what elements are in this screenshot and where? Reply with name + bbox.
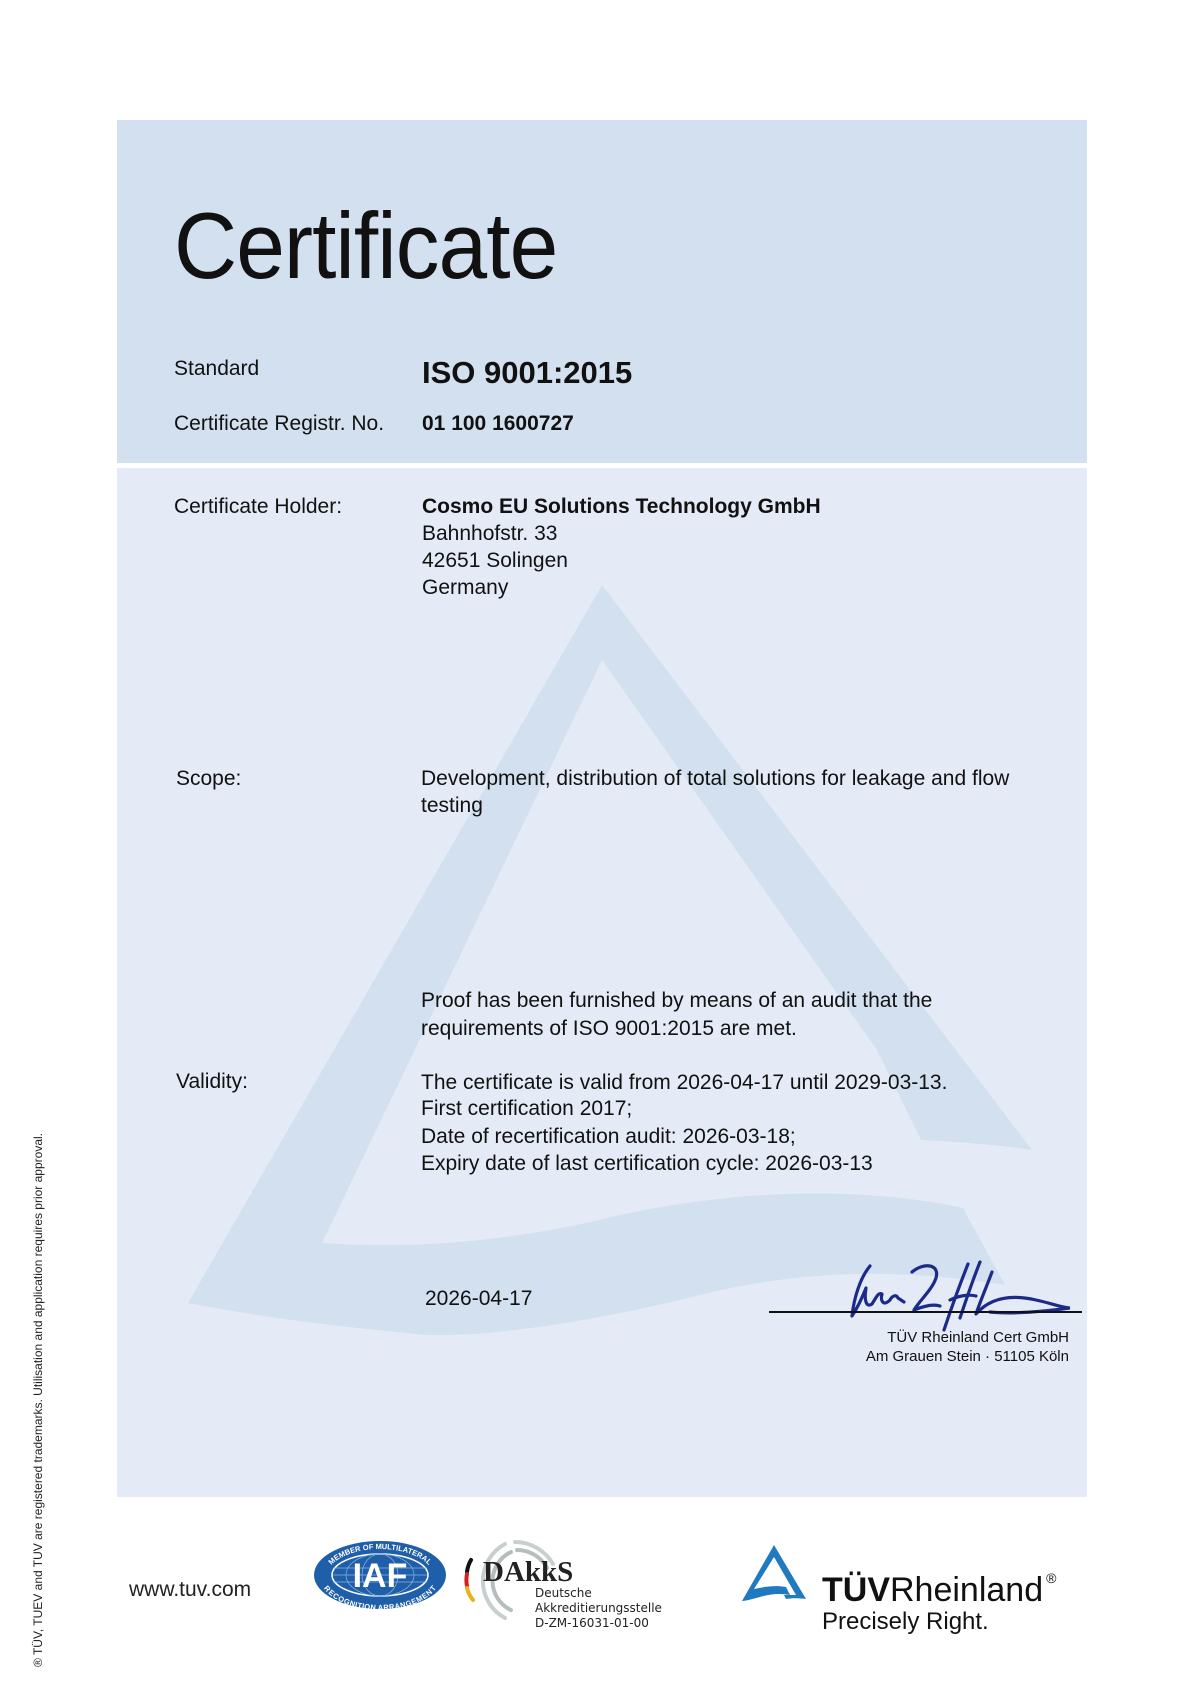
standard-value: ISO 9001:2015: [422, 355, 632, 391]
dakks-line: Deutsche: [535, 1586, 592, 1601]
issuer-name: TÜV Rheinland Cert GmbH: [887, 1328, 1069, 1347]
trademark-note: ® TÜV, TUEV and TUV are registered trade…: [31, 1133, 45, 1667]
scope-line: Development, distribution of total solut…: [421, 765, 1009, 792]
holder-address-line: Germany: [422, 574, 508, 601]
issue-date: 2026-04-17: [425, 1285, 532, 1312]
validity-line: The certificate is valid from 2026-04-17…: [421, 1069, 947, 1096]
svg-text:IAF: IAF: [353, 1557, 408, 1595]
iaf-logo-icon: IAF MEMBER OF MULTILATERAL RECOGNITION A…: [313, 1540, 447, 1610]
holder-address-line: 42651 Solingen: [422, 547, 568, 574]
registered-mark: ®: [1046, 1570, 1056, 1586]
proof-line: Proof has been furnished by means of an …: [421, 987, 932, 1014]
holder-address-line: Bahnhofstr. 33: [422, 520, 557, 547]
validity-line: Expiry date of last certification cycle:…: [421, 1150, 873, 1177]
dakks-name: DAkkS: [483, 1556, 573, 1589]
signature-line: [769, 1311, 1082, 1313]
dakks-line: Akkreditierungsstelle: [535, 1601, 662, 1616]
holder-label: Certificate Holder:: [174, 494, 342, 520]
validity-line: Date of recertification audit: 2026-03-1…: [421, 1123, 796, 1150]
signature-icon: [840, 1258, 1070, 1333]
tuv-triangle-logo-icon: [740, 1543, 808, 1603]
website-link[interactable]: www.tuv.com: [129, 1578, 251, 1602]
tuv-wordmark-regular: Rheinland: [890, 1571, 1043, 1609]
registr-value: 01 100 1600727: [422, 411, 574, 437]
tuv-tagline: Precisely Right.: [822, 1608, 989, 1636]
scope-line: testing: [421, 792, 483, 819]
standard-label: Standard: [174, 356, 259, 382]
proof-line: requirements of ISO 9001:2015 are met.: [421, 1015, 797, 1042]
validity-label: Validity:: [176, 1069, 248, 1095]
dakks-accreditation-number: D-ZM-16031-01-00: [535, 1616, 649, 1631]
page-title: Certificate: [174, 196, 557, 296]
validity-line: First certification 2017;: [421, 1095, 632, 1122]
holder-name: Cosmo EU Solutions Technology GmbH: [422, 493, 821, 520]
tuv-wordmark-bold: TÜV: [822, 1571, 890, 1609]
registr-label: Certificate Registr. No.: [174, 411, 384, 437]
tuv-rheinland-wordmark: TÜVRheinland®: [822, 1560, 1056, 1608]
issuer-address: Am Grauen Stein · 51105 Köln: [866, 1347, 1069, 1366]
scope-label: Scope:: [176, 766, 241, 792]
